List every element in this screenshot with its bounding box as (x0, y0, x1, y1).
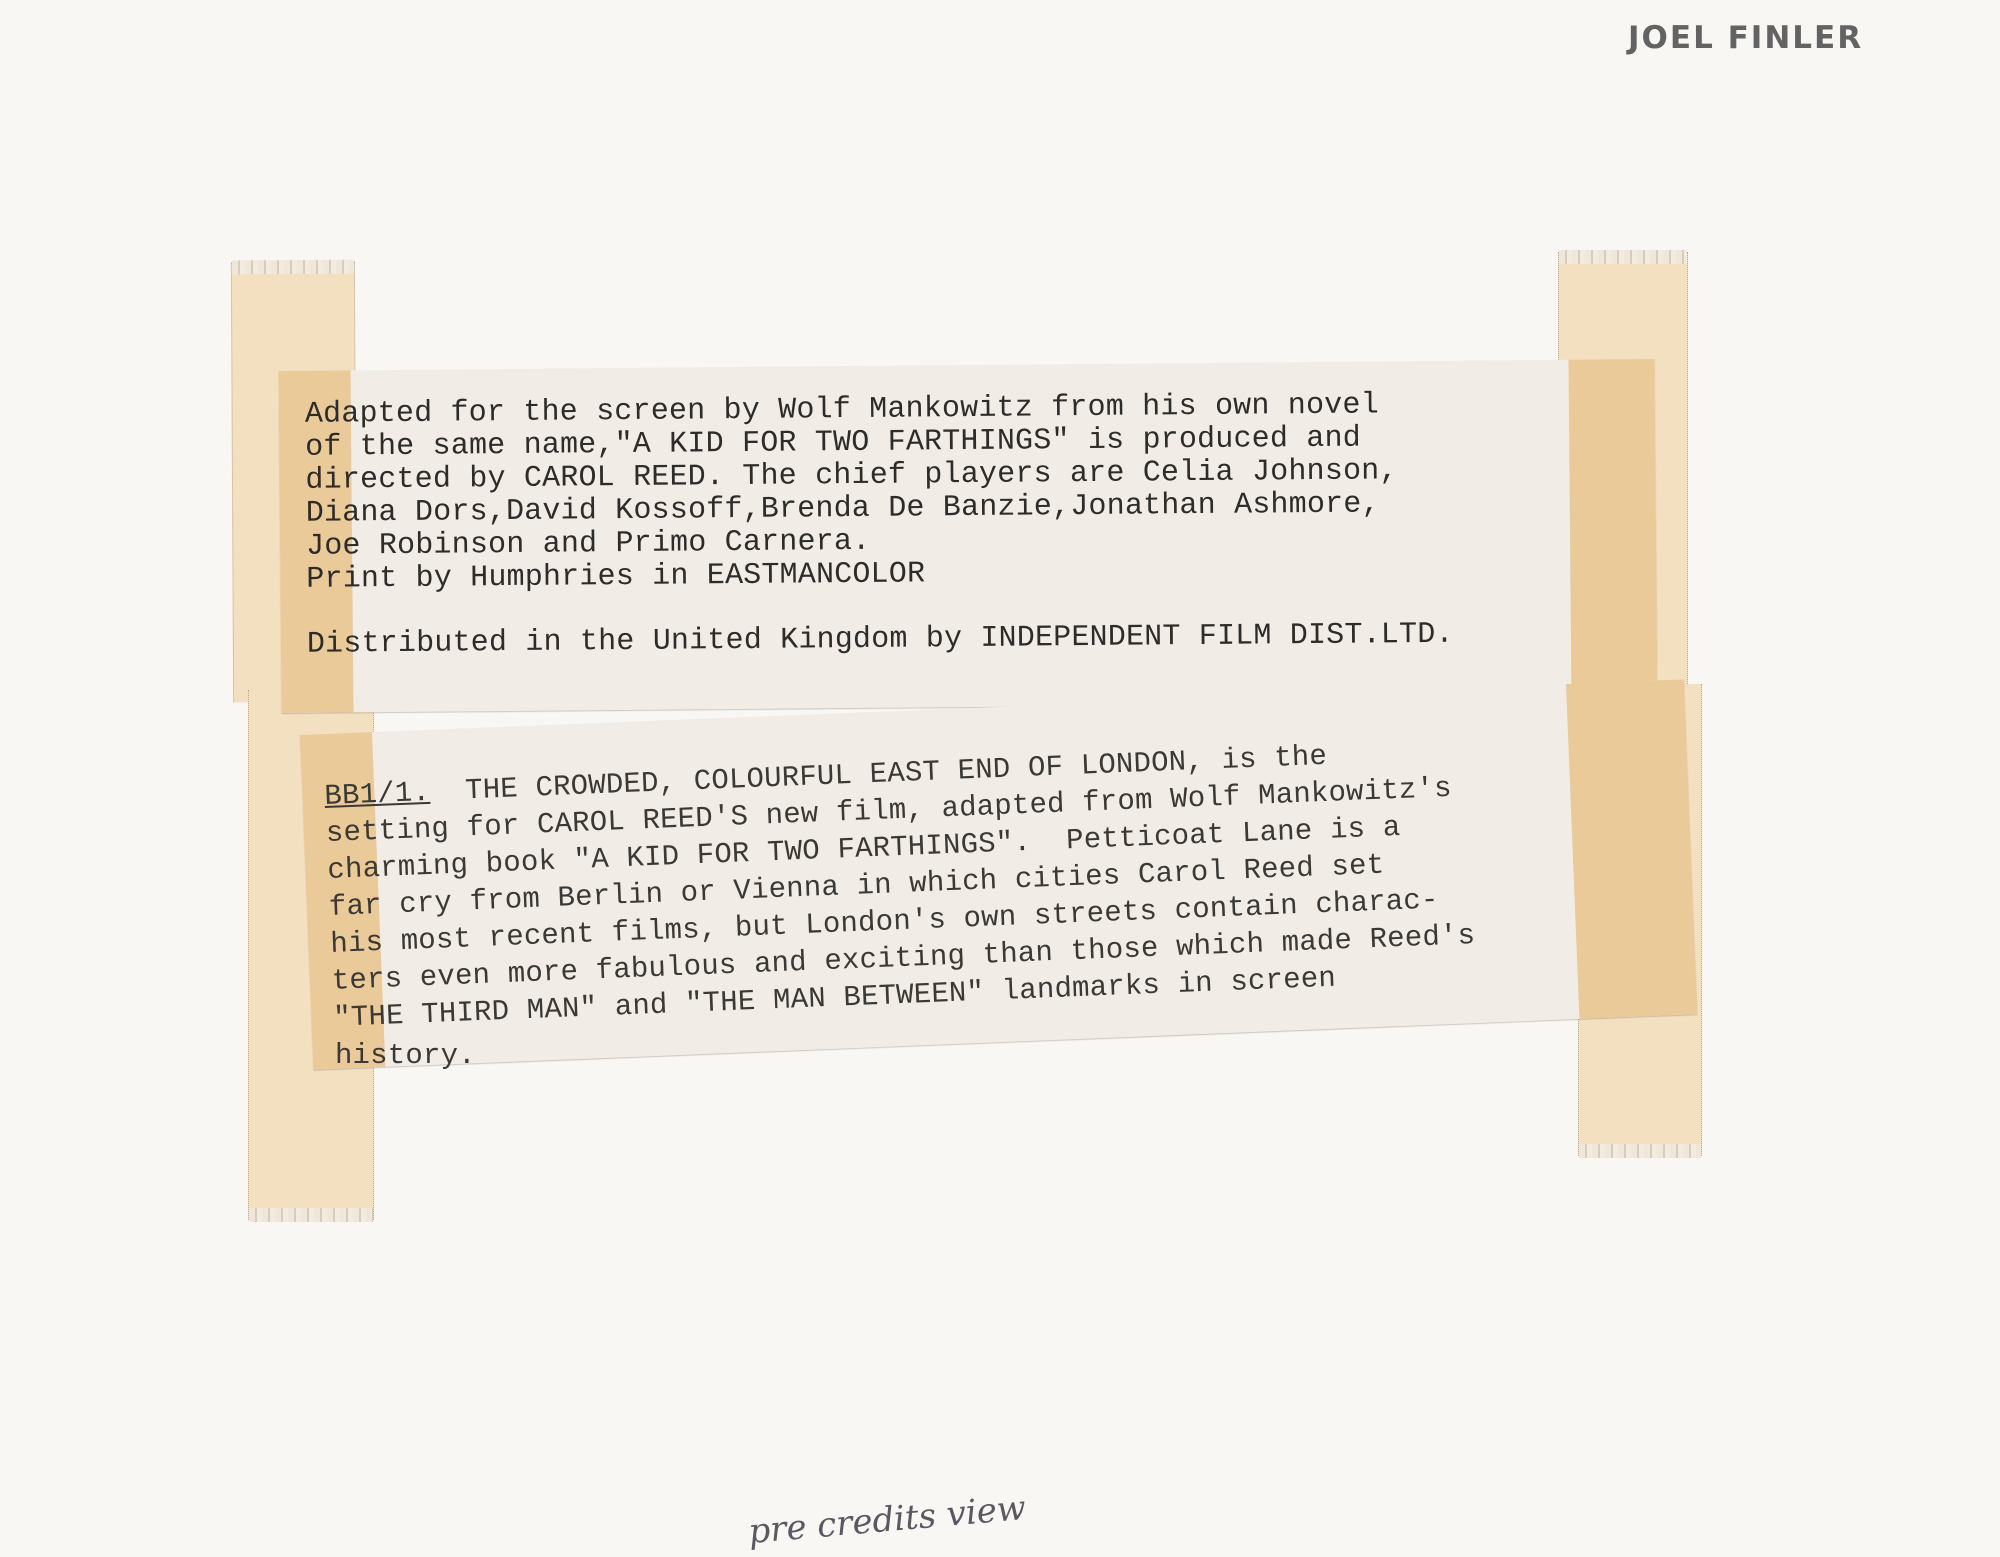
tape-overlap-right (1568, 359, 1657, 702)
photographer-stamp: JOEL FINLER (1628, 20, 1863, 56)
still-reference-number: BB1/1. (324, 776, 431, 813)
description-line: history. (335, 1037, 476, 1074)
tape-overlap-right (1566, 679, 1697, 1018)
caption-slip-description: BB1/1. THE CROWDED, COLOURFUL EAST END O… (300, 679, 1697, 1069)
distribution-line: Distributed in the United Kingdom by IND… (307, 619, 1454, 662)
handwritten-note: pre credits view (747, 1488, 1028, 1552)
credits-line: Print by Humphries in EASTMANCOLOR (306, 558, 925, 596)
caption-slip-credits: Adapted for the screen by Wolf Mankowitz… (279, 359, 1658, 713)
